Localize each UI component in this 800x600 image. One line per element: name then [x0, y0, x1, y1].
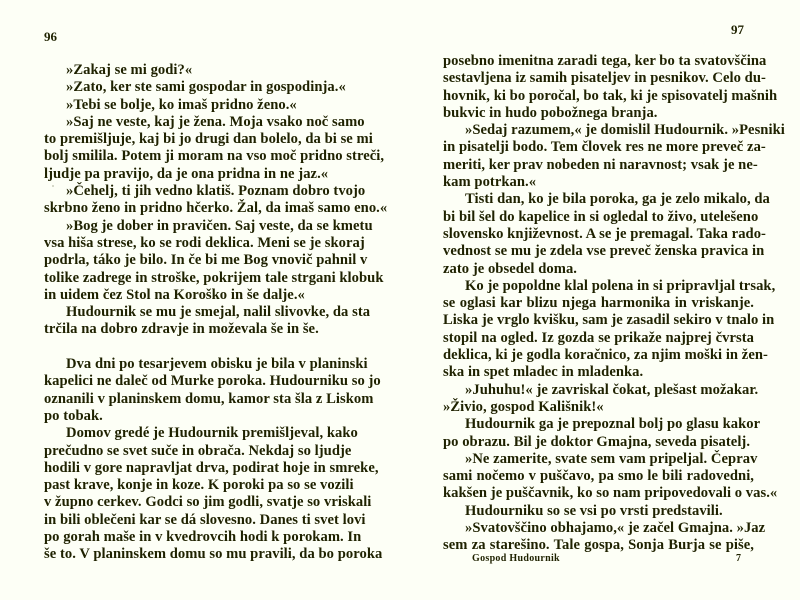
text-line: zato je obsedel doma.: [443, 261, 754, 278]
text-line: v župno cerkev. Godci so jim godli, svat…: [44, 494, 348, 511]
footer-signature-mark: 7: [736, 553, 741, 565]
text-line: Domov gredé je Hudournik premišljeval, k…: [44, 425, 348, 442]
text-line: sami nočemo v puščavo, pa smo le bili ra…: [443, 468, 754, 485]
text-line: Hudournik ga je prepoznal bolj po glasu …: [443, 416, 754, 433]
text-line: kam potrkan.«: [443, 174, 754, 191]
text-line: »Tebi se bolje, ko imaš pridno ženo.«: [44, 97, 348, 114]
text-line: bi bil šel do kapelice in si ogledal to …: [443, 209, 754, 226]
text-line: po gorah maše in v kvedrovcih hodi k por…: [44, 529, 348, 546]
text-line: »Zato, ker ste sami gospodar in gospodin…: [44, 79, 348, 96]
text-line: bukvic in hudo pobožnega branja.: [443, 105, 754, 122]
text-line: trčila na dobro zdravje in moževala še i…: [44, 321, 348, 338]
text-line: »Bog je dober in pravičen. Saj veste, da…: [44, 218, 348, 235]
text-line: oznanili v planinskem domu, kamor sta šl…: [44, 391, 348, 408]
text-line: »Zakaj se mi godi?«: [44, 62, 348, 79]
text-line: se oglasi kar blizu njega harmonika in v…: [443, 295, 754, 312]
text-line: Tisti dan, ko je bila poroka, ga je zelo…: [443, 191, 754, 208]
text-line: stopil na ogled. Iz gozda se prikaže naj…: [443, 330, 754, 347]
left-page-text: »Zakaj se mi godi?«»Zato, ker ste sami g…: [44, 62, 348, 564]
text-line: in pisatelji bodo. Tem človek res ne mor…: [443, 139, 754, 156]
text-line: bolj smilila. Potem ji moram na vso moč …: [44, 148, 348, 165]
text-line: in uidem čez Stol na Koroško in še dalje…: [44, 287, 348, 304]
text-line: posebno imenitna zaradi tega, ker bo ta …: [443, 53, 754, 70]
text-line: prečudno se svet suče in obrača. Nekdaj …: [44, 443, 348, 460]
text-line: skrbno ženo in pridno hčerko. Žal, da im…: [44, 200, 348, 217]
text-line: meriti, ker prav nobeden ni naravnost; v…: [443, 157, 754, 174]
text-line: vednost se mu je zdela vse preveč ženska…: [443, 243, 754, 260]
text-line: slovensko književnost. A se je premagal.…: [443, 226, 754, 243]
text-line: Hudourniku so se vsi po vrsti predstavil…: [443, 503, 754, 520]
text-line: Hudournik se mu je smejal, nalil slivovk…: [44, 304, 348, 321]
text-line: ljudje pa pravijo, da je ona pridna in n…: [44, 166, 348, 183]
text-line: »Ne zamerite, svate sem vam pripeljal. Č…: [443, 451, 754, 468]
text-line: to premišljuje, kaj bi jo drugi dan bole…: [44, 131, 348, 148]
left-page: 96 »Zakaj se mi godi?«»Zato, ker ste sam…: [0, 0, 400, 600]
text-line: ska in spet mladec in mladenka.: [443, 364, 754, 381]
text-line: past krave, konje in koze. K poroki pa s…: [44, 477, 348, 494]
footer-book-title: Gospod Hudournik: [472, 553, 560, 565]
text-line: »Sedaj razumem,« je domislil Hudournik. …: [443, 122, 754, 139]
text-line: »Živio, gospod Kališnik!«: [443, 399, 754, 416]
text-line: podrla, táko je bilo. In če bi me Bog vn…: [44, 252, 348, 269]
text-line: »Svatovščino obhajamo,« je začel Gmajna.…: [443, 520, 754, 537]
text-line: tolike zadrege in stroške, pokrijem tale…: [44, 270, 348, 287]
text-line: »Juhuhu!« je zavriskal čokat, plešast mo…: [443, 382, 754, 399]
text-line: hovnik, ki bo poročal, bo tak, ki je spi…: [443, 88, 754, 105]
text-line: kapelici ne daleč od Murke poroka. Hudou…: [44, 373, 348, 390]
right-page-text: posebno imenitna zaradi tega, ker bo ta …: [443, 53, 754, 555]
text-line: »Čehelj, ti jih vedno klatiš. Poznam dob…: [44, 183, 348, 200]
page-number-right: 97: [731, 22, 744, 38]
text-line: še to. V planinskem domu so mu pravili, …: [44, 546, 348, 563]
right-page: 97 posebno imenitna zaradi tega, ker bo …: [420, 0, 800, 600]
page-number-left: 96: [44, 29, 57, 45]
text-line: sem za starešino. Tale gospa, Sonja Burj…: [443, 537, 754, 554]
text-line: hodili v gore napravljat drva, podirat h…: [44, 460, 348, 477]
text-line: po obrazu. Bil je doktor Gmajna, seveda …: [443, 434, 754, 451]
section-break: [44, 339, 348, 356]
text-line: deklica, ki je godla koračnico, za njim …: [443, 347, 754, 364]
text-line: vsa hiša strese, ko se rodi deklica. Men…: [44, 235, 348, 252]
text-line: Dva dni po tesarjevem obisku je bila v p…: [44, 356, 348, 373]
text-line: kakšen je puščavnik, ko so nam pripovedo…: [443, 485, 754, 502]
text-line: po tobak.: [44, 408, 348, 425]
text-line: sestavljena iz samih pisateljev in pesni…: [443, 70, 754, 87]
text-line: Liska je vrglo kvišku, sam je zasadil se…: [443, 312, 754, 329]
text-line: Ko je popoldne klal polena in si priprav…: [443, 278, 754, 295]
text-line: »Saj ne veste, kaj je žena. Moja vsako n…: [44, 114, 348, 131]
text-line: in bili oblečeni kar se dá slovesno. Dan…: [44, 512, 348, 529]
